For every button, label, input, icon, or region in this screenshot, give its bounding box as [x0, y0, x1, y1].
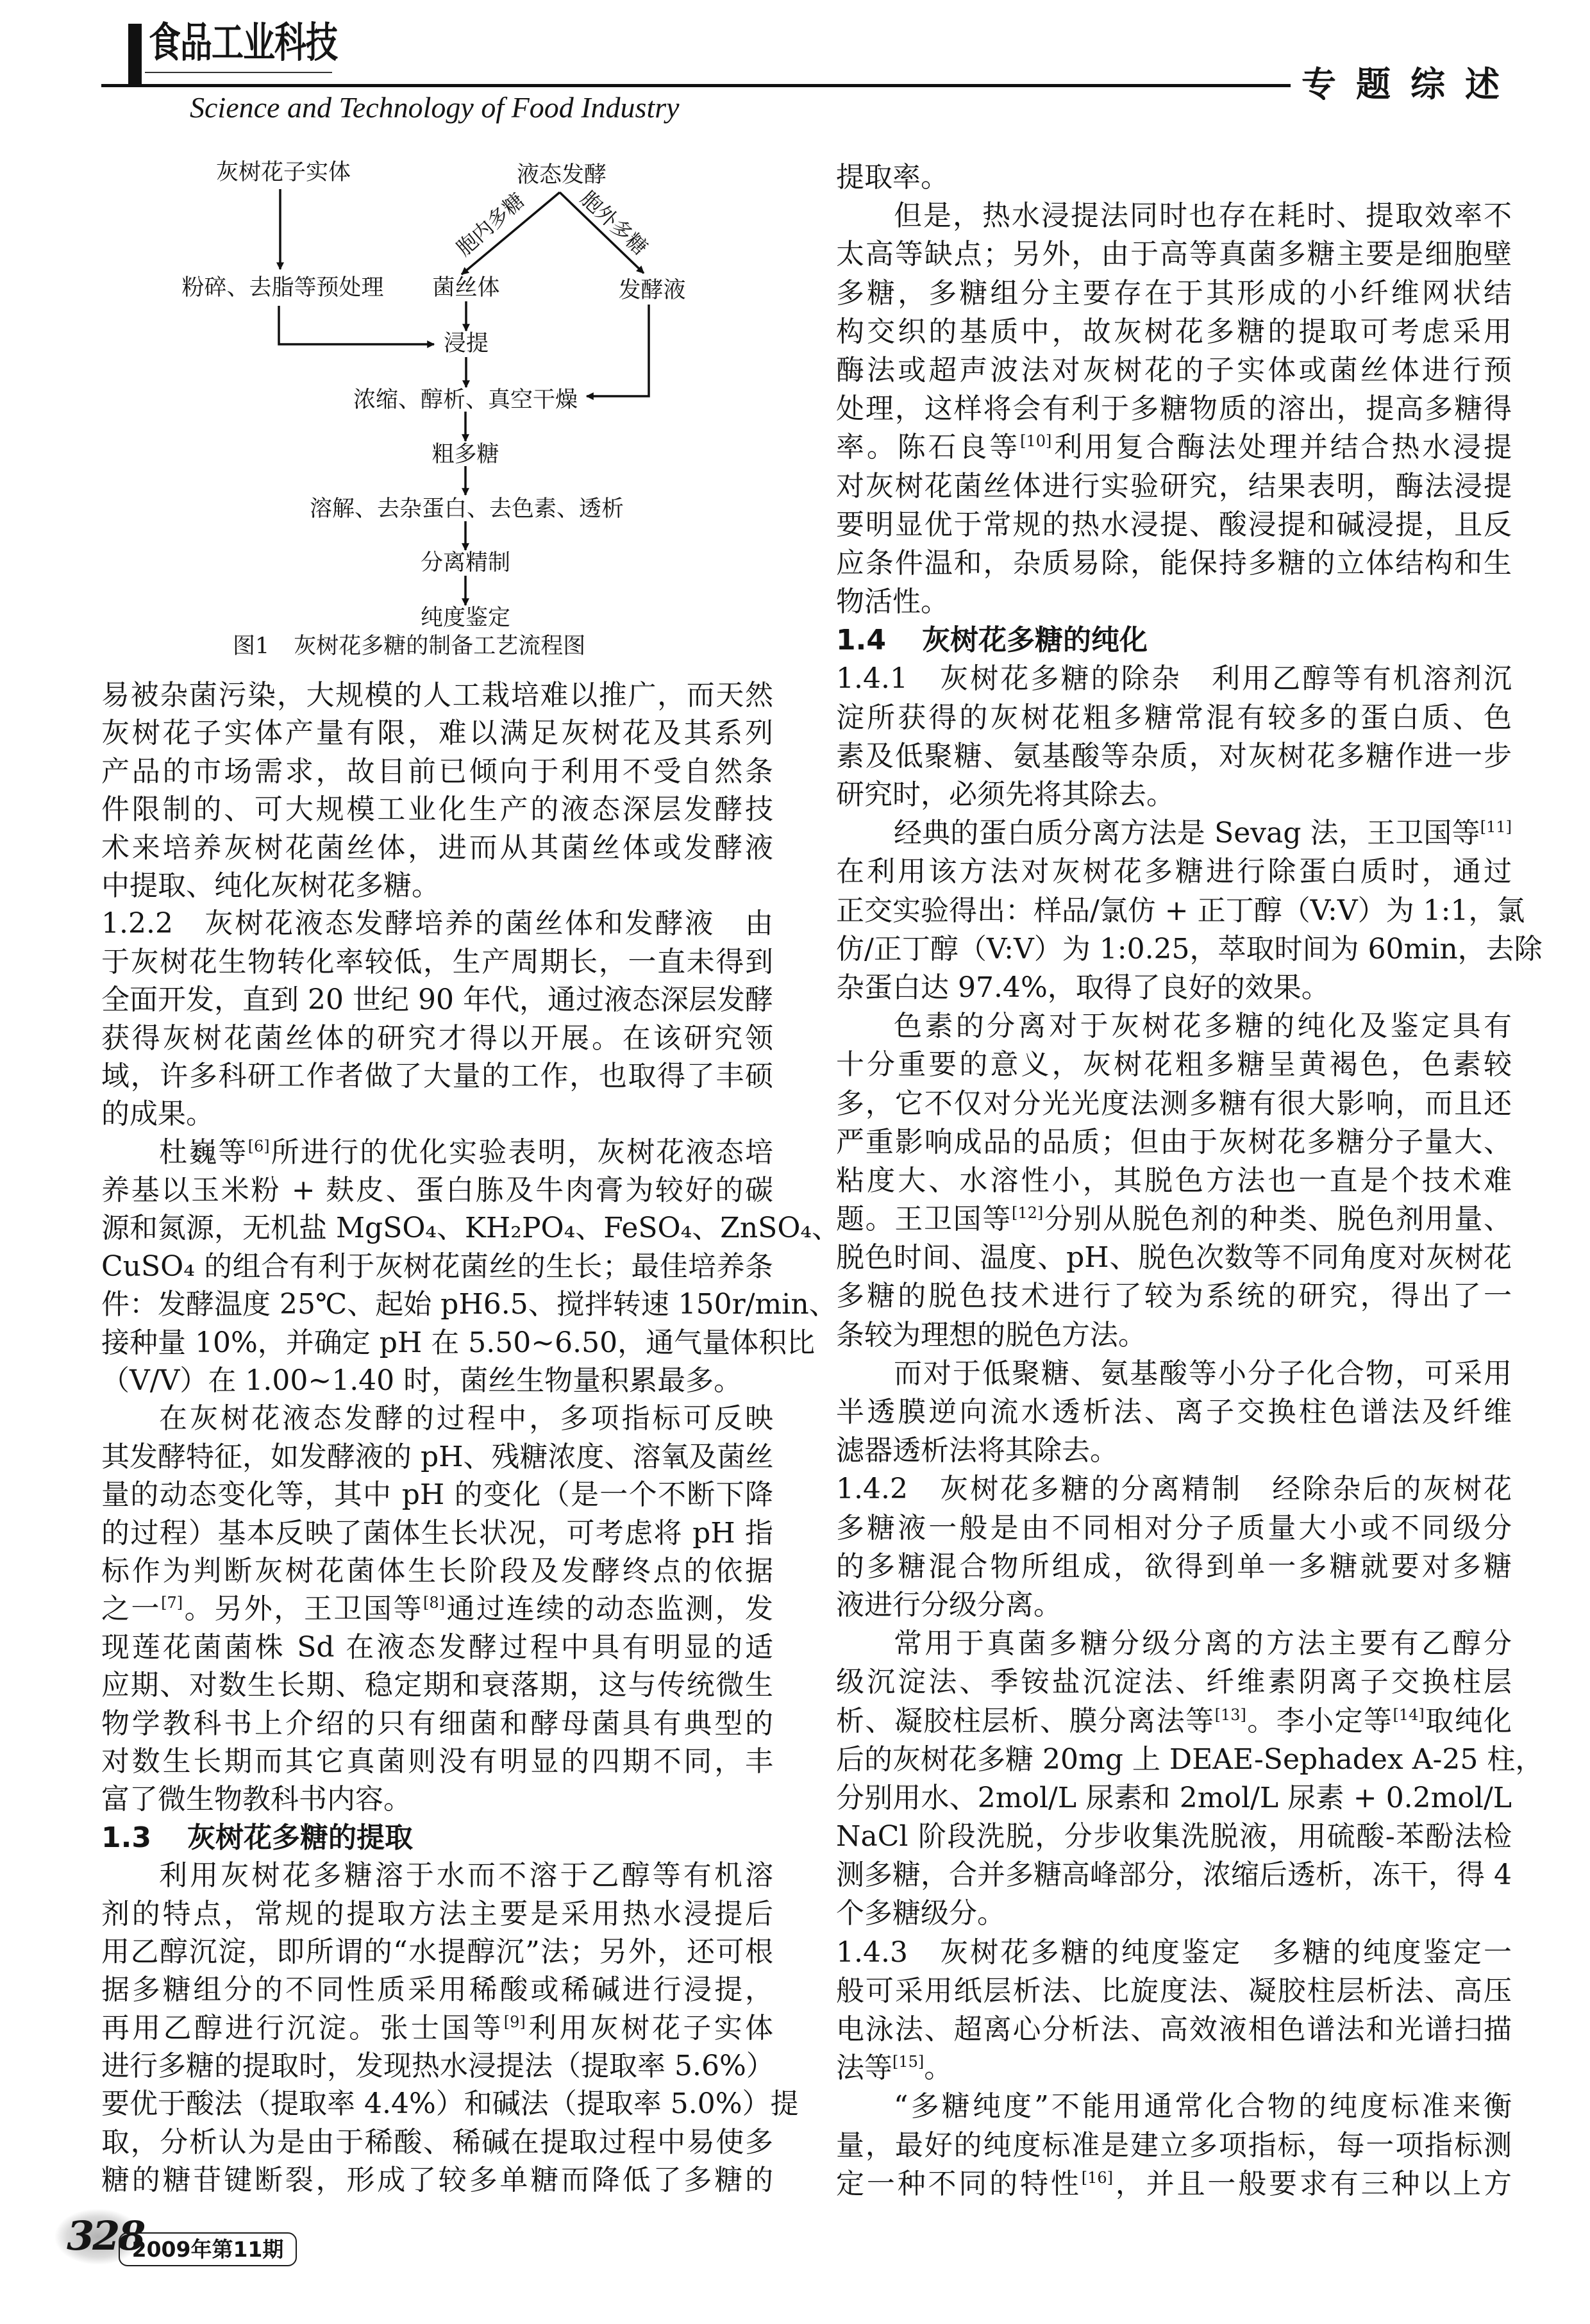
text-line: 标作为判断灰树花菌体生长阶段及发酵终点的依据	[101, 1552, 773, 1590]
text-segment: 法等	[836, 2052, 892, 2084]
text-line: 提取率。	[836, 158, 1512, 197]
text-line: 于灰树花生物转化率较低，生产周期长，一直未得到	[101, 943, 773, 981]
citation-ref: [16]	[1082, 2169, 1113, 2187]
section-heading-1-3: 1.3灰树花多糖的提取	[101, 1819, 773, 1857]
text-line: 应条件温和，杂质易除，能保持多糖的立体结构和生	[836, 544, 1512, 583]
text-line: 率。陈石良等[10]利用复合酶法处理并结合热水浸提	[836, 428, 1512, 467]
text-line: （V/V）在 1.00~1.40 时，菌丝生物量积累最多。	[101, 1362, 773, 1400]
text-line: 严重影响成品的品质；但由于灰树花多糖分子量大、	[836, 1123, 1512, 1162]
text-segment: 杜巍等	[159, 1136, 248, 1169]
text-line: 产品的市场需求，故目前已倾向于利用不受自然条	[101, 753, 773, 790]
text-line: 素及低聚糖、氨基酸等杂质，对灰树花多糖作进一步	[836, 737, 1512, 776]
text-line: 要明显优于常规的热水浸提、酸浸提和碱浸提，且反	[836, 506, 1512, 544]
section-title: 灰树花多糖的纯化	[922, 624, 1148, 656]
text-line: 量的动态变化等，其中 pH 的变化（是一个不断下降	[101, 1476, 773, 1514]
flow-node-separation: 分离精制	[421, 551, 510, 574]
text-line: 但是，热水浸提法同时也存在耗时、提取效率不	[836, 197, 1512, 235]
text-segment: 。	[924, 2052, 952, 2084]
flow-node-purity-identification: 纯度鉴定	[421, 606, 510, 630]
text-line: 十分重要的意义，灰树花粗多糖呈黄褐色，色素较	[836, 1046, 1512, 1084]
arrow-pretreat-to-extract	[279, 306, 434, 344]
citation-ref: [10]	[1020, 432, 1051, 450]
flow-node-pretreatment: 粉碎、去脂等预处理	[181, 276, 383, 299]
text-line: 处理，这样将会有利于多糖物质的溶出，提高多糖得	[836, 390, 1512, 428]
text-line: 要优于酸法（提取率 4.4%）和碱法（提取率 5.0%）提	[101, 2085, 773, 2123]
text-line: 富了微生物教科书内容。	[101, 1780, 773, 1818]
text-line: 淀所获得的灰树花粗多糖常混有较多的蛋白质、色	[836, 699, 1512, 737]
citation-ref: [15]	[892, 2053, 924, 2071]
citation-ref: [13]	[1215, 1706, 1246, 1724]
text-line: 个多糖级分。	[836, 1894, 1512, 1933]
text-line: 电泳法、超离心分析法、高效液相色谱法和光谱扫描	[836, 2011, 1512, 2049]
text-line: “多糖纯度”不能用通常化合物的纯度标准来衡	[836, 2087, 1512, 2126]
text-line: 养基以玉米粉 + 麸皮、蛋白胨及牛肉膏为较好的碳	[101, 1171, 773, 1209]
text-line: 接种量 10%，并确定 pH 在 5.50~6.50，通气量体积比	[101, 1324, 773, 1362]
text-line: 易被杂菌污染，大规模的人工栽培难以推广，而天然	[101, 676, 773, 714]
issue-badge: 2009年第11期	[119, 2232, 297, 2266]
text-line: 题。王卫国等[12]分别从脱色剂的种类、脱色剂用量、	[836, 1200, 1512, 1239]
text-segment: 经典的蛋白质分离方法是 Sevag 法，王卫国等	[894, 817, 1480, 849]
flow-node-purification-steps: 溶解、去杂蛋白、去色素、透析	[310, 497, 624, 521]
text-line: 取，分析认为是由于稀酸、稀碱在提取过程中易使多	[101, 2123, 773, 2161]
text-line: 定一种不同的特性[16]，并且一般要求有三种以上方	[836, 2165, 1512, 2203]
text-segment: 利用复合酶法处理并结合热水浸提	[1051, 431, 1512, 464]
text-line: 仿/正丁醇（V:V）为 1:0.25，萃取时间为 60min，去除	[836, 930, 1512, 969]
text-segment: 。另外，王卫国等	[183, 1593, 423, 1625]
text-line: 分别用水、2mol/L 尿素和 2mol/L 尿素 + 0.2mol/L	[836, 1779, 1512, 1818]
subsection-heading-1-2-2: 1.2.2 灰树花液态发酵培养的菌丝体和发酵液 由	[101, 905, 773, 942]
text-line: 析、凝胶柱层析、膜分离法等[13]。李小定等[14]取纯化	[836, 1702, 1512, 1741]
text-line: 再用乙醇进行沉淀。张士国等[9]利用灰树花子实体	[101, 2009, 773, 2047]
text-line: 条较为理想的脱色方法。	[836, 1316, 1512, 1355]
text-line: 多，它不仅对分光光度法测多糖有很大影响，而且还	[836, 1085, 1512, 1123]
left-text-column: 易被杂菌污染，大规模的人工栽培难以推广，而天然 灰树花子实体产量有限，难以满足灰…	[101, 676, 773, 2200]
text-line: NaCl 阶段洗脱，分步收集洗脱液，用硫酸-苯酚法检	[836, 1818, 1512, 1856]
text-line: 物活性。	[836, 583, 1512, 621]
text-line: 术来培养灰树花菌丝体，进而从其菌丝体或发酵液	[101, 829, 773, 867]
text-segment: 所进行的优化实验表明，灰树花液态培	[270, 1136, 773, 1169]
text-line: 半透膜逆向流水透析法、离子交换柱色谱法及纤维	[836, 1393, 1512, 1432]
issue-label: 2009年第11期	[132, 2239, 284, 2260]
text-line: 域，许多科研工作者做了大量的工作，也取得了丰硕	[101, 1057, 773, 1095]
text-line: 件：发酵温度 25℃、起始 pH6.5、搅拌转速 150r/min、	[101, 1285, 773, 1323]
text-line: 在灰树花液态发酵的过程中，多项指标可反映	[101, 1400, 773, 1437]
text-line: 多糖液一般是由不同相对分子质量大小或不同级分	[836, 1509, 1512, 1548]
text-line: 杂蛋白达 97.4%，取得了良好的效果。	[836, 969, 1512, 1007]
text-line: 粘度大、水溶性小，其脱色方法也一直是个技术难	[836, 1162, 1512, 1200]
text-line: 对数生长期而其它真菌则没有明显的四期不同，丰	[101, 1743, 773, 1780]
text-line: 全面开发，直到 20 世纪 90 年代，通过液态深层发酵	[101, 981, 773, 1019]
text-segment: 。李小定等	[1246, 1705, 1393, 1737]
text-line: 在利用该方法对灰树花多糖进行除蛋白质时，通过	[836, 853, 1512, 891]
subsection-heading-1-4-1: 1.4.1 灰树花多糖的除杂 利用乙醇等有机溶剂沉	[836, 660, 1512, 698]
text-line: 的过程）基本反映了菌体生长状况，可考虑将 pH 指	[101, 1514, 773, 1552]
text-line: 常用于真菌多糖分级分离的方法主要有乙醇分	[836, 1625, 1512, 1663]
section-number: 1.3	[101, 1821, 151, 1854]
citation-ref: [11]	[1480, 818, 1512, 836]
flowchart-arrows	[0, 0, 795, 680]
text-line: 研究时，必须先将其除去。	[836, 776, 1512, 814]
flow-node-concentration: 浓缩、醇析、真空干燥	[353, 389, 578, 412]
text-line: 剂的特点，常规的提取方法主要是采用热水浸提后	[101, 1895, 773, 1933]
text-line: 糖的糖苷键断裂，形成了较多单糖而降低了多糖的	[101, 2161, 773, 2199]
figure-number: 图1	[233, 633, 269, 659]
flow-node-liquid-fermentation: 液态发酵	[517, 163, 607, 187]
citation-ref: [8]	[423, 1594, 445, 1612]
text-line: 构交织的基质中，故灰树花多糖的提取可考虑采用	[836, 313, 1512, 351]
flow-node-mycelium: 菌丝体	[432, 276, 499, 299]
text-segment: 率。陈石良等	[836, 431, 1020, 464]
text-line: 对灰树花菌丝体进行实验研究，结果表明，酶法浸提	[836, 467, 1512, 506]
section-heading-1-4: 1.4灰树花多糖的纯化	[836, 621, 1512, 660]
text-line: 太高等缺点；另外，由于高等真菌多糖主要是细胞壁	[836, 235, 1512, 274]
text-line: 色素的分离对于灰树花多糖的纯化及鉴定具有	[836, 1007, 1512, 1046]
text-line: 经典的蛋白质分离方法是 Sevag 法，王卫国等[11]	[836, 814, 1512, 853]
right-text-column: 提取率。 但是，热水浸提法同时也存在耗时、提取效率不 太高等缺点；另外，由于高等…	[836, 158, 1512, 2203]
text-line: 的多糖混合物所组成，欲得到单一多糖就要对多糖	[836, 1548, 1512, 1586]
text-line: 件限制的、可大规模工业化生产的液态深层发酵技	[101, 790, 773, 828]
text-segment: 题。王卫国等	[836, 1203, 1012, 1235]
text-line: 级沉淀法、季铵盐沉淀法、纤维素阴离子交换柱层	[836, 1663, 1512, 1701]
section-number: 1.4	[836, 624, 886, 656]
text-line: 用乙醇沉淀，即所谓的“水提醇沉”法；另外，还可根	[101, 1933, 773, 1971]
text-line: 后的灰树花多糖 20mg 上 DEAE-Sephadex A-25 柱，	[836, 1741, 1512, 1779]
text-line: 杜巍等[6]所进行的优化实验表明，灰树花液态培	[101, 1133, 773, 1171]
text-line: 滤器透析法将其除去。	[836, 1432, 1512, 1470]
text-line: 酶法或超声波法对灰树花的子实体或菌丝体进行预	[836, 351, 1512, 390]
text-line: 正交实验得出：样品/氯仿 + 正丁醇（V:V）为 1:1，氯	[836, 892, 1512, 930]
text-line: 般可采用纸层析法、比旋度法、凝胶柱层析法、高压	[836, 1972, 1512, 2011]
text-line: 据多糖组分的不同性质采用稀酸或稀碱进行浸提，	[101, 1971, 773, 2009]
citation-ref: [6]	[248, 1137, 270, 1155]
text-line: 灰树花子实体产量有限，难以满足灰树花及其系列	[101, 714, 773, 752]
section-title: 灰树花多糖的提取	[187, 1821, 413, 1854]
subsection-heading-1-4-3: 1.4.3 灰树花多糖的纯度鉴定 多糖的纯度鉴定一	[836, 1934, 1512, 1972]
figure-title: 灰树花多糖的制备工艺流程图	[294, 633, 585, 659]
text-line: 现莲花菌菌株 Sd 在液态发酵过程中具有明显的适	[101, 1628, 773, 1666]
text-line: 法等[15]。	[836, 2049, 1512, 2087]
figure-caption: 图1灰树花多糖的制备工艺流程图	[233, 635, 585, 658]
citation-ref: [12]	[1012, 1204, 1043, 1222]
text-line: 而对于低聚糖、氨基酸等小分子化合物，可采用	[836, 1355, 1512, 1393]
text-line: 之一[7]。另外，王卫国等[8]通过连续的动态监测，发	[101, 1590, 773, 1628]
flow-node-crude-polysaccharide: 粗多糖	[431, 443, 499, 466]
citation-ref: [7]	[161, 1594, 183, 1612]
text-segment: 再用乙醇进行沉淀。张士国等	[101, 2012, 504, 2044]
text-line: 源和氮源，无机盐 MgSO₄、KH₂PO₄、FeSO₄、ZnSO₄、	[101, 1209, 773, 1247]
text-line: 利用灰树花多糖溶于水而不溶于乙醇等有机溶	[101, 1857, 773, 1894]
flow-node-fermentation-broth: 发酵液	[618, 279, 685, 302]
text-line: 脱色时间、温度、pH、脱色次数等不同角度对灰树花	[836, 1239, 1512, 1277]
text-segment: 之一	[101, 1593, 161, 1625]
text-line: 测多糖，合并多糖高峰部分，浓缩后透析，冻干，得 4	[836, 1856, 1512, 1894]
text-line: 其发酵特征，如发酵液的 pH、残糖浓度、溶氧及菌丝	[101, 1438, 773, 1476]
text-line: 量，最好的纯度标准是建立多项指标，每一项指标测	[836, 2127, 1512, 2165]
citation-ref: [9]	[504, 2013, 526, 2031]
text-segment: 析、凝胶柱层析、膜分离法等	[836, 1705, 1215, 1737]
text-line: 的成果。	[101, 1095, 773, 1133]
text-line: 获得灰树花菌丝体的研究才得以开展。在该研究领	[101, 1019, 773, 1057]
subsection-heading-1-4-2: 1.4.2 灰树花多糖的分离精制 经除杂后的灰树花	[836, 1470, 1512, 1509]
citation-ref: [14]	[1393, 1706, 1424, 1724]
arrow-broth-to-concentrate	[587, 305, 649, 396]
text-line: 多糖的脱色技术进行了较为系统的研究，得出了一	[836, 1277, 1512, 1316]
text-segment: 分别从脱色剂的种类、脱色剂用量、	[1043, 1203, 1512, 1235]
text-line: 物学教科书上介绍的只有细菌和酵母菌具有典型的	[101, 1705, 773, 1743]
text-segment: 利用灰树花子实体	[526, 2012, 773, 2044]
text-line: CuSO₄ 的组合有利于灰树花菌丝的生长；最佳培养条	[101, 1248, 773, 1285]
flow-node-extraction: 浸提	[444, 332, 489, 355]
text-line: 中提取、纯化灰树花多糖。	[101, 867, 773, 905]
text-segment: 通过连续的动态监测，发	[445, 1593, 773, 1625]
flow-node-fruiting-body: 灰树花子实体	[216, 161, 351, 184]
text-segment: 定一种不同的特性	[836, 2168, 1082, 2200]
text-line: 液进行分级分离。	[836, 1586, 1512, 1625]
text-line: 应期、对数生长期、稳定期和衰落期，这与传统微生	[101, 1666, 773, 1704]
section-label: 专题综述	[1301, 67, 1519, 101]
text-segment: ，并且一般要求有三种以上方	[1113, 2168, 1512, 2200]
text-line: 进行多糖的提取时，发现热水浸提法（提取率 5.6%）	[101, 2047, 773, 2085]
text-line: 多糖，多糖组分主要存在于其形成的小纤维网状结	[836, 274, 1512, 313]
text-segment: 取纯化	[1425, 1705, 1512, 1737]
